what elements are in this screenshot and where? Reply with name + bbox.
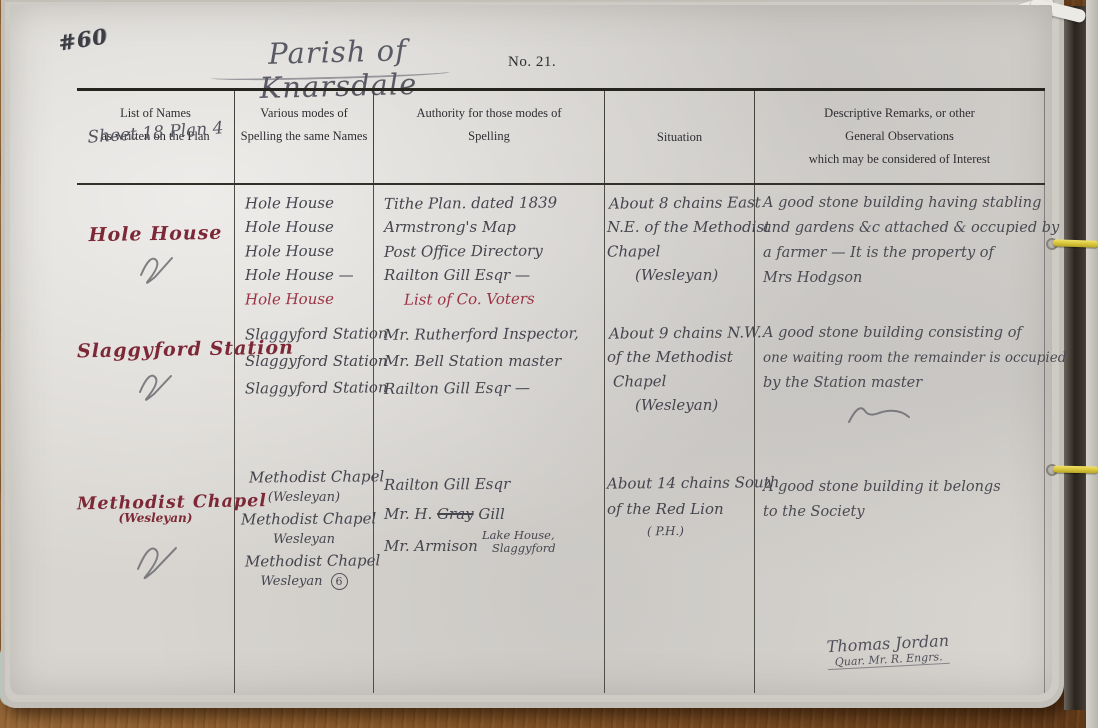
header-spelling: Various modes of Spelling the same Names: [235, 91, 374, 183]
cell-remarks: A good stone building it belongs to the …: [755, 457, 1045, 693]
document-page: #60 Parish of Knarsdale No. 21. List of …: [10, 5, 1052, 695]
book-edge-shadow: [1064, 6, 1088, 710]
name-plan: Slaggyford Station: [77, 338, 234, 363]
table-header-row: List of Names as written on the Plan She…: [77, 88, 1045, 185]
name-plan: Hole House: [77, 222, 234, 247]
cell-name: Hole House: [77, 185, 235, 317]
cell-name: Methodist Chapel (Wesleyan): [77, 457, 235, 693]
checkmark-squiggle-icon: [134, 367, 178, 403]
corner-annotation: #60: [56, 23, 109, 55]
header-names: List of Names as written on the Plan She…: [77, 91, 235, 183]
header-remarks: Descriptive Remarks, or other General Ob…: [755, 91, 1045, 183]
circled-number: 6: [331, 573, 348, 590]
cell-spellings: Hole House Hole House Hole House Hole Ho…: [235, 185, 374, 317]
page-number: No. 21.: [508, 54, 556, 71]
pencil-squiggle-icon: [845, 400, 915, 430]
header-authority: Authority for those modes of Spelling: [374, 91, 605, 183]
name-plan: Methodist Chapel: [77, 492, 234, 515]
cell-remarks: A good stone building consisting of one …: [755, 317, 1045, 457]
cell-situation: About 8 chains East N.E. of the Methodis…: [605, 185, 755, 317]
cell-name: Slaggyford Station: [77, 317, 235, 457]
checkmark-squiggle-icon: [134, 251, 178, 287]
checkmark-squiggle-icon: [130, 539, 182, 581]
binding-cord-bottom: [1053, 466, 1098, 474]
photo-scene: #60 Parish of Knarsdale No. 21. List of …: [0, 0, 1098, 728]
cell-remarks: A good stone building having stabling an…: [755, 185, 1045, 317]
cell-situation: About 14 chains South of the Red Lion ( …: [605, 457, 755, 693]
cell-spellings: Methodist Chapel (Wesleyan) Methodist Ch…: [235, 457, 374, 693]
cell-authorities: Tithe Plan. dated 1839 Armstrong's Map P…: [374, 185, 605, 317]
header-situation: Situation: [605, 91, 755, 183]
surveyor-signature: Thomas Jordan Quar. Mr. R. Engrs.: [826, 631, 950, 670]
authority-note: Lake House, Slaggyford: [482, 529, 556, 555]
cell-authorities: Mr. Rutherford Inspector, Mr. Bell Stati…: [374, 317, 605, 457]
table-row: Slaggyford Station Slaggyford Station Sl…: [77, 317, 1045, 457]
table-row: Hole House Hole House Hole House Hole Ho…: [77, 185, 1045, 317]
cell-situation: About 9 chains N.W. of the Methodist Cha…: [605, 317, 755, 457]
struck-word: Gray: [437, 505, 474, 523]
cell-spellings: Slaggyford Station Slaggyford Station Sl…: [235, 317, 374, 457]
name-book-table: List of Names as written on the Plan She…: [77, 88, 1045, 693]
book-edge-pages: [1086, 0, 1098, 728]
table-row: Methodist Chapel (Wesleyan) Methodist Ch…: [77, 457, 1045, 693]
cell-authorities: Railton Gill Esqr Mr. H. Gray Gill Lake …: [374, 457, 605, 693]
